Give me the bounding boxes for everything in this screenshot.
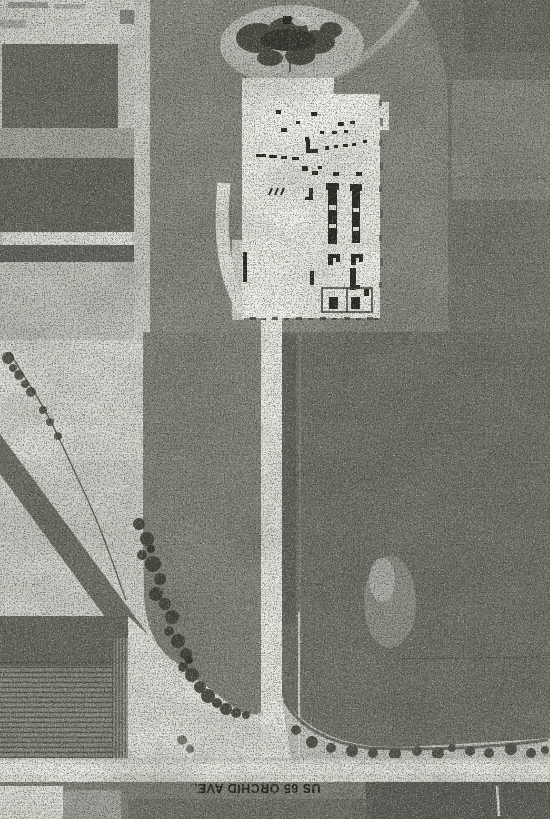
aerial-photograph: US 65 ORCHID AVE. bbox=[0, 0, 550, 819]
photo-grain bbox=[0, 0, 550, 819]
aerial-photo-page: US 65 ORCHID AVE. bbox=[0, 0, 550, 819]
